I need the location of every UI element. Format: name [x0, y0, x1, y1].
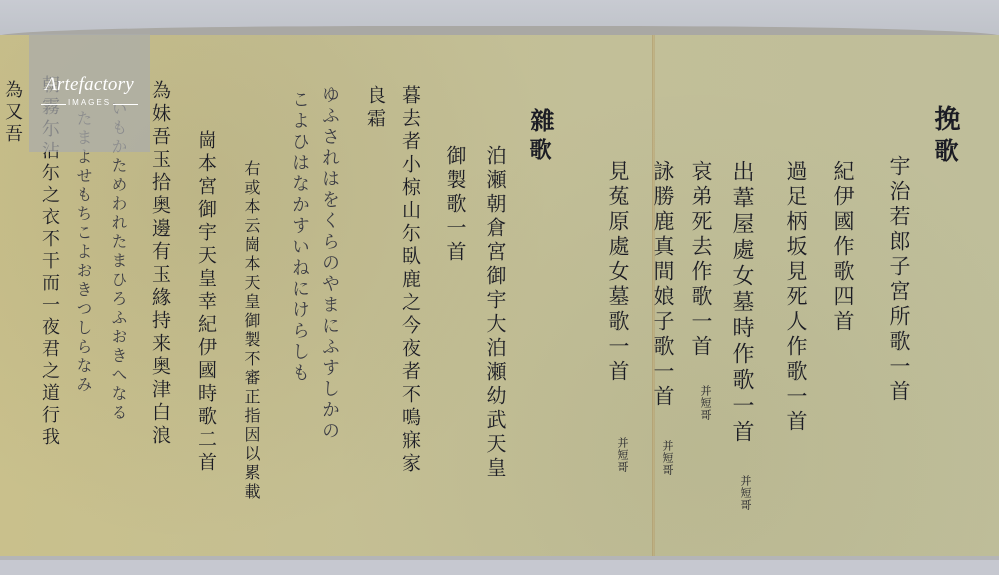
calligraphy-column: 出葦屋處女墓時作歌一首 — [730, 160, 752, 446]
watermark-title: Artefactory — [29, 74, 150, 96]
calligraphy-column: 過足柄坂見死人作歌一首 — [785, 160, 806, 435]
calligraphy-column: 暮去者小椋山尓臥鹿之今夜者不鳴寐家 — [400, 85, 419, 476]
calligraphy-column: 泊瀬朝倉宮御宇大泊瀬幼武天皇 — [485, 145, 505, 481]
calligraphy-column: 宇治若郎子宮所歌一首 — [888, 155, 909, 405]
backdrop-bottom — [0, 556, 999, 575]
calligraphy-column: 并短哥 — [700, 385, 711, 421]
watermark-subtitle: IMAGES — [29, 98, 150, 107]
calligraphy-column: 哀弟死去作歌一首 — [690, 160, 711, 360]
calligraphy-column: ゆふされはをくらのやまにふすしかの — [320, 85, 338, 442]
calligraphy-column: 歌 — [932, 138, 956, 167]
calligraphy-column: 并短哥 — [740, 475, 751, 511]
watermark-rule-right — [113, 104, 138, 105]
calligraphy-column: 為又吾 — [3, 80, 21, 146]
scroll-bottom-shadow — [0, 556, 999, 560]
calligraphy-column: 紀伊國作歌四首 — [832, 160, 853, 335]
watermark: Artefactory IMAGES — [29, 34, 150, 152]
backdrop-top — [0, 0, 999, 36]
calligraphy-column: 并短哥 — [662, 440, 673, 476]
calligraphy-column: 見菟原處女墓歌一首 — [607, 160, 628, 385]
calligraphy-column: 御製歌一首 — [445, 145, 465, 265]
calligraphy-column: 右或本云崗本天皇御製不審正指因以累載 — [243, 160, 259, 502]
calligraphy-column: 良霜 — [365, 85, 384, 131]
calligraphy-column: 崗本宮御宇天皇幸紀伊國時歌二首 — [196, 130, 215, 475]
calligraphy-column: 為妹吾玉拾奥邊有玉緣持来奥津白浪 — [150, 80, 169, 448]
calligraphy-column: 雜 — [528, 108, 552, 137]
calligraphy-column: こよひはなかすいねにけらしも — [290, 90, 308, 384]
calligraphy-column: 詠勝鹿真間娘子歌一首 — [652, 160, 673, 410]
calligraphy-column: たまよせもちこよおきつしらなみ — [75, 110, 91, 395]
calligraphy-column: 并短哥 — [617, 437, 628, 473]
calligraphy-column: 挽 — [932, 105, 958, 136]
calligraphy-column: 歌 — [528, 138, 550, 164]
